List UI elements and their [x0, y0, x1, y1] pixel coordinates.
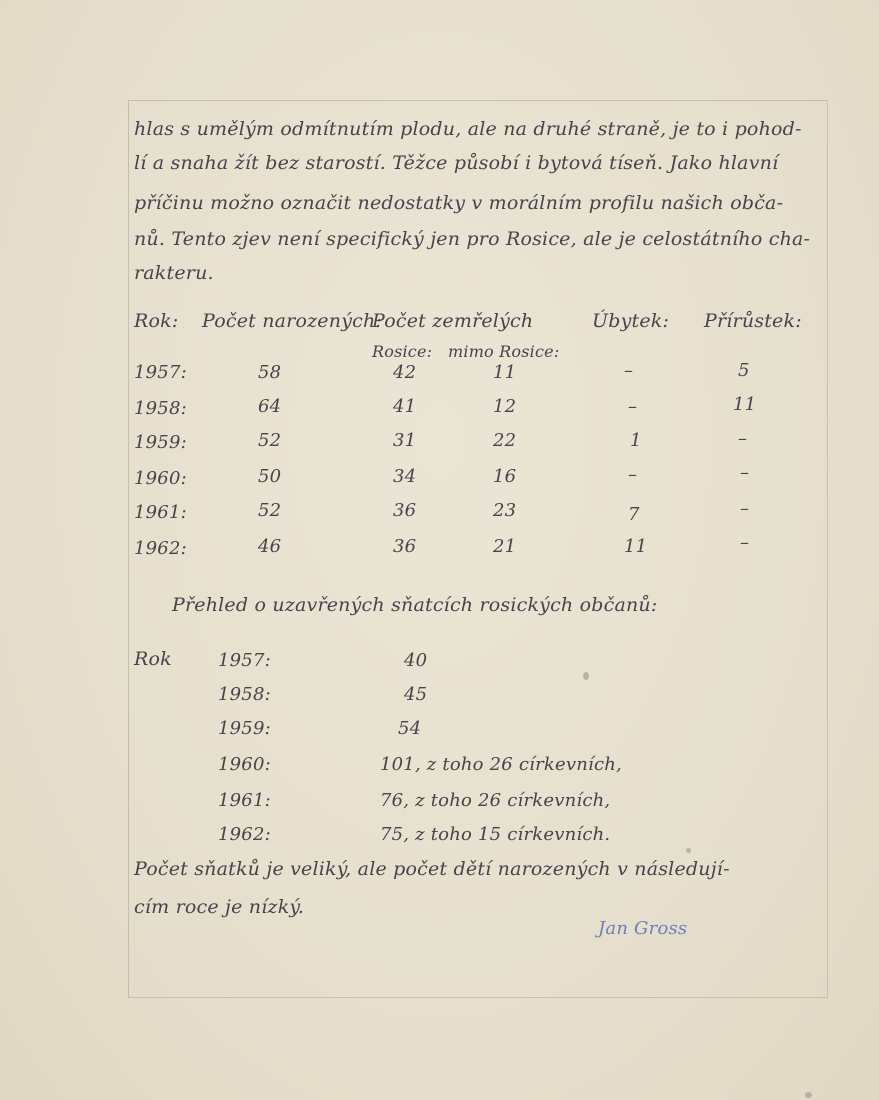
cell-deaths-rosice: 34 — [393, 466, 416, 487]
marriage-count: 54 — [398, 718, 421, 739]
paper-stain — [805, 1092, 812, 1098]
cell-decrease: 11 — [624, 536, 647, 557]
marriage-year: 1960: — [218, 754, 271, 775]
cell-increase: – — [740, 498, 749, 519]
cell-increase: 5 — [738, 360, 750, 381]
header-decrease: Úbytek: — [592, 310, 669, 332]
cell-year: 1962: — [134, 538, 187, 559]
text-line: Počet sňatků je veliký, ale počet dětí n… — [134, 858, 730, 880]
cell-deaths-outside: 16 — [493, 466, 516, 487]
paper-stain — [583, 672, 589, 680]
marriages-year-label: Rok — [134, 648, 172, 670]
cell-increase: – — [738, 428, 747, 449]
header-year: Rok: — [134, 310, 178, 332]
cell-deaths-outside: 23 — [493, 500, 516, 521]
subheader-outside-rosice: mimo Rosice: — [448, 342, 559, 361]
cell-year: 1957: — [134, 362, 187, 383]
cell-year: 1960: — [134, 468, 187, 489]
marriage-year: 1961: — [218, 790, 271, 811]
text-line: cím roce je nízký. — [134, 896, 304, 918]
cell-deaths-rosice: 36 — [393, 536, 416, 557]
marriage-year: 1959: — [218, 718, 271, 739]
marriage-year: 1957: — [218, 650, 271, 671]
cell-deaths-outside: 21 — [493, 536, 516, 557]
header-births: Počet narozených: — [202, 310, 382, 332]
paper-stain — [686, 848, 691, 853]
subheader-rosice: Rosice: — [372, 342, 432, 361]
cell-deaths-rosice: 36 — [393, 500, 416, 521]
header-deaths: Počet zemřelých — [372, 310, 533, 332]
text-line: hlas s umělým odmítnutím plodu, ale na d… — [134, 118, 802, 140]
cell-decrease: – — [628, 464, 637, 485]
marriage-count: 75, z toho 15 církevních. — [380, 824, 610, 845]
cell-increase: – — [740, 532, 749, 553]
marriages-title: Přehled o uzavřených sňatcích rosických … — [172, 594, 657, 616]
cell-deaths-rosice: 42 — [393, 362, 416, 383]
cell-births: 52 — [258, 430, 281, 451]
marriage-year: 1962: — [218, 824, 271, 845]
cell-increase: 11 — [733, 394, 756, 415]
marriage-count: 40 — [404, 650, 427, 671]
text-line: příčinu možno označit nedostatky v morál… — [134, 192, 783, 214]
cell-decrease: – — [624, 360, 633, 381]
header-increase: Přírůstek: — [704, 310, 802, 332]
cell-births: 52 — [258, 500, 281, 521]
cell-year: 1961: — [134, 502, 187, 523]
cell-births: 58 — [258, 362, 281, 383]
cell-deaths-rosice: 41 — [393, 396, 416, 417]
cell-deaths-rosice: 31 — [393, 430, 416, 451]
cell-decrease: – — [628, 396, 637, 417]
cell-year: 1959: — [134, 432, 187, 453]
cell-deaths-outside: 11 — [493, 362, 516, 383]
cell-deaths-outside: 12 — [493, 396, 516, 417]
marriage-count: 45 — [404, 684, 427, 705]
marriage-count: 101, z toho 26 církevních, — [380, 754, 622, 775]
cell-births: 46 — [258, 536, 281, 557]
cell-deaths-outside: 22 — [493, 430, 516, 451]
cell-births: 50 — [258, 466, 281, 487]
cell-decrease: 1 — [630, 430, 642, 451]
signature: Jan Gross — [598, 918, 687, 939]
cell-births: 64 — [258, 396, 281, 417]
marriage-count: 76, z toho 26 církevních, — [380, 790, 610, 811]
text-line: rakteru. — [134, 262, 214, 284]
cell-year: 1958: — [134, 398, 187, 419]
cell-increase: – — [740, 462, 749, 483]
text-line: nů. Tento zjev není specifický jen pro R… — [134, 228, 810, 250]
marriage-year: 1958: — [218, 684, 271, 705]
text-line: lí a snaha žít bez starostí. Těžce působ… — [134, 152, 778, 174]
cell-decrease: 7 — [628, 504, 640, 525]
